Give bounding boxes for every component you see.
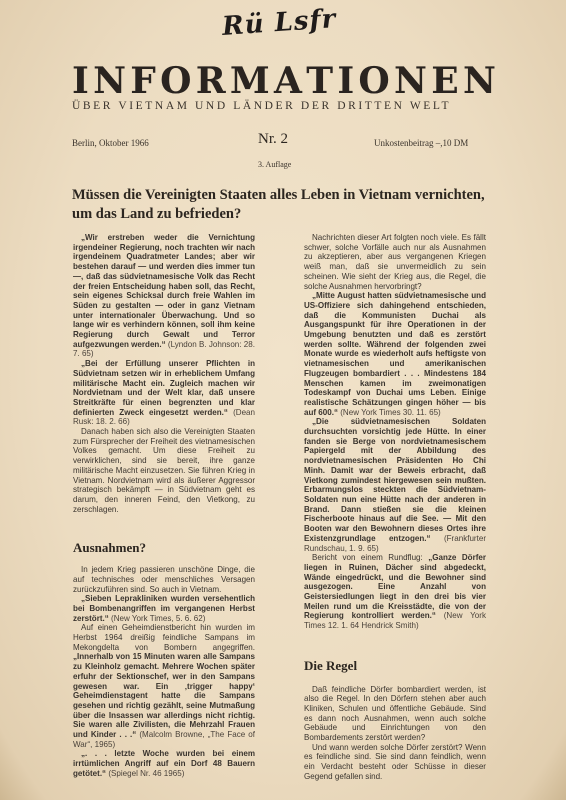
quote-text: „Die südvietnamesischen Soldaten durchsu… [304, 417, 486, 542]
quote-text: „Mitte August hatten südvietnamesische u… [304, 291, 486, 416]
quote-text: „Wir erstreben weder die Vernichtung irg… [73, 233, 255, 349]
quote-paragraph: „Sieben Leprakliniken wurden versehentli… [73, 594, 255, 623]
quote-paragraph: Auf einen Geheimdienstbericht hin wurden… [73, 623, 255, 749]
section-heading: Die Regel [304, 661, 486, 671]
right-column: Nachrichten dieser Art folgten noch viel… [304, 233, 486, 782]
masthead-letter: O [358, 62, 389, 100]
quote-source: (New York Times 30. 11. 65) [338, 408, 441, 417]
body-paragraph: Und wann werden solche Dörfer zerstört? … [304, 743, 486, 782]
left-column: „Wir erstreben weder die Vernichtung irg… [73, 233, 255, 779]
masthead-letter: R [196, 62, 226, 100]
newsletter-page: Rü Lsfr INFORMATIONEN ÜBER VIETNAM UND L… [0, 0, 566, 800]
article-title: Müssen die Vereinigten Staaten alles Leb… [72, 186, 496, 224]
body-paragraph: In jedem Krieg passieren unschöne Dinge,… [73, 565, 255, 594]
masthead-letter: N [463, 62, 496, 100]
masthead-letter: N [93, 62, 126, 100]
masthead-letter: O [160, 62, 191, 100]
body-paragraph: Nachrichten dieser Art folgten noch viel… [304, 233, 486, 291]
edition: 3. Auflage [258, 160, 291, 169]
quote-paragraph: Bericht von einem Rundflug: „Ganze Dörfe… [304, 553, 486, 631]
masthead-subtitle: ÜBER VIETNAM UND LÄNDER DER DRITTEN WELT [72, 100, 496, 112]
body-paragraph: Daß feindliche Dörfer bombardiert werden… [304, 685, 486, 743]
quote-paragraph: „Die südvietnamesischen Soldaten durchsu… [304, 417, 486, 553]
quote-source: (New York Times, 5. 6. 62) [109, 614, 206, 623]
quote-paragraph: „Bei der Erfüllung unserer Pflichten in … [73, 359, 255, 427]
quote-source: (Spiegel Nr. 46 1965) [106, 769, 184, 778]
quote-text: „Ganze Dörfer liegen in Ruinen, Dächer s… [304, 553, 486, 620]
place-date: Berlin, Oktober 1966 [72, 138, 149, 148]
price: Unkostenbeitrag –,10 DM [374, 138, 468, 148]
lead-text: Auf einen Geheimdienstbericht hin wurden… [73, 623, 255, 651]
masthead-title: INFORMATIONEN [72, 62, 496, 100]
quote-paragraph: „Wir erstreben weder die Vernichtung irg… [73, 233, 255, 359]
masthead-letter: I [337, 62, 354, 100]
masthead-letter: N [394, 62, 427, 100]
quote-paragraph: „Mitte August hatten südvietnamesische u… [304, 291, 486, 417]
masthead-letter: E [431, 62, 458, 100]
issue-number: Nr. 2 [258, 131, 288, 148]
masthead-letter: T [306, 62, 333, 100]
quote-text: „Innerhalb von 15 Minuten waren alle Sam… [73, 652, 255, 739]
masthead-letter: M [230, 62, 270, 100]
masthead-letter: A [274, 62, 302, 100]
masthead-letter: I [72, 62, 89, 100]
handwritten-signature: Rü Lsfr [221, 4, 337, 42]
masthead-letter: F [130, 62, 156, 100]
section-heading: Ausnahmen? [73, 543, 255, 553]
quote-paragraph: „. . . letzte Woche wurden bei einem irr… [73, 749, 255, 778]
body-paragraph: Danach haben sich also die Vereinigten S… [73, 427, 255, 514]
lead-text: Bericht von einem Rundflug: [312, 553, 428, 562]
